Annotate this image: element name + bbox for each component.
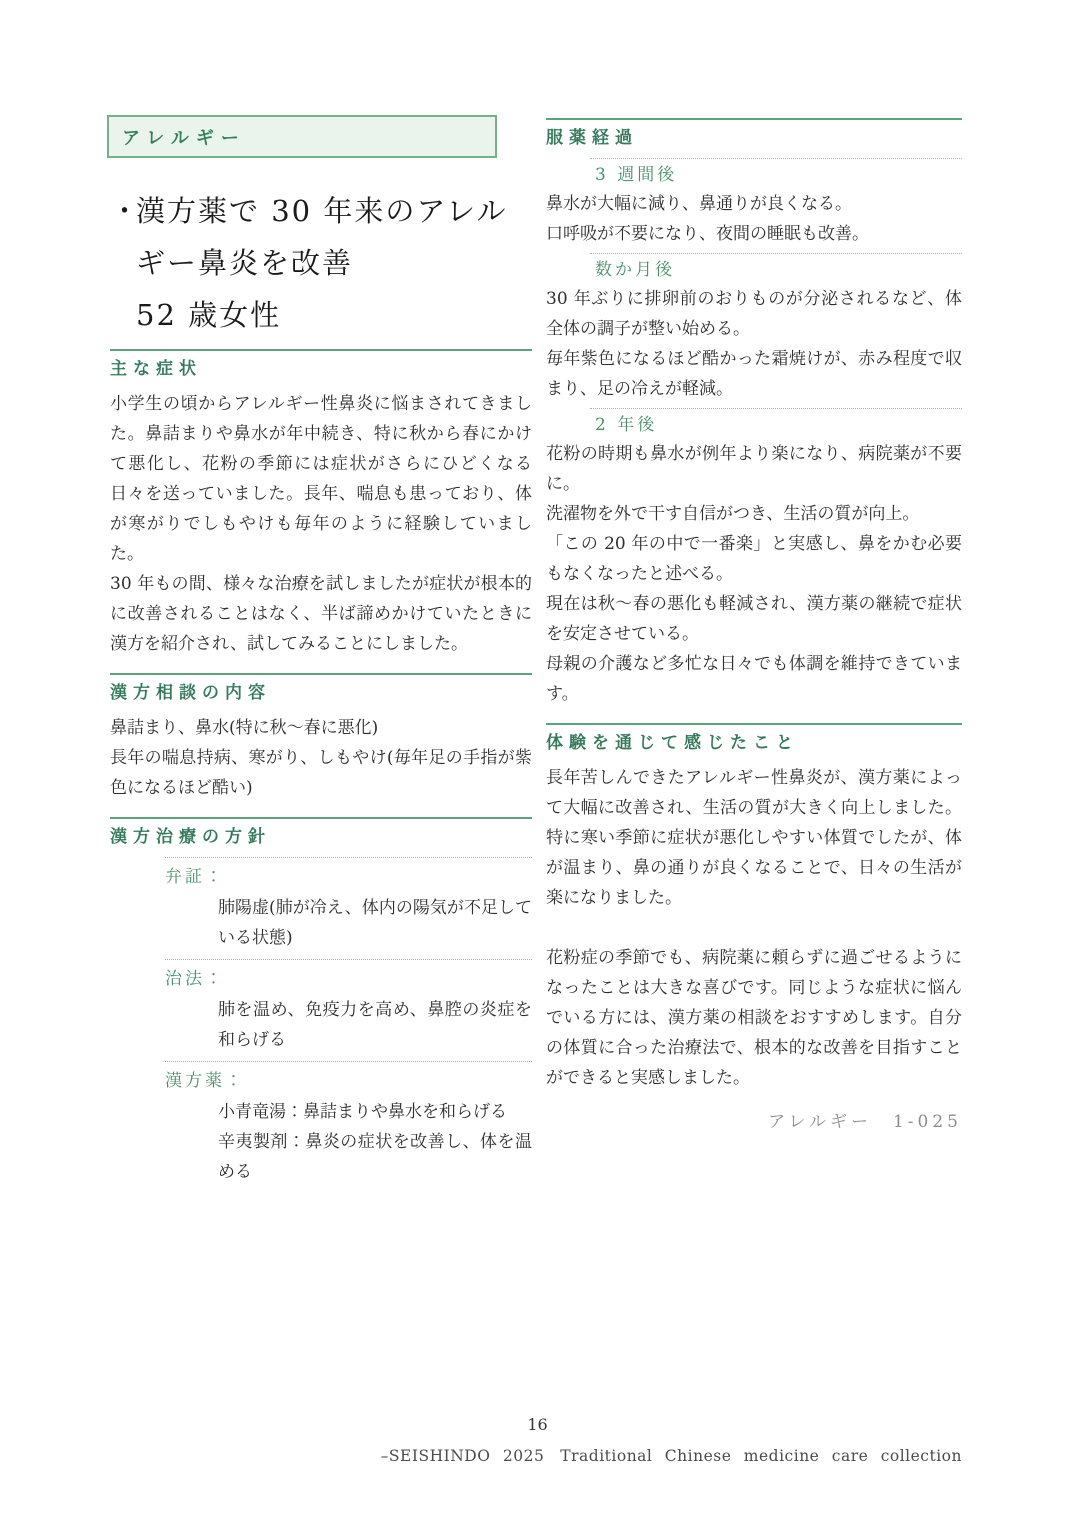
timeline-entry-line: 現在は秋〜春の悪化も軽減され、漢方薬の継続で症状を安定させている。 xyxy=(546,589,962,649)
case-title: ・ 漢方薬で 30 年来のアレルギー鼻炎を改善52 歳女性 xyxy=(110,185,532,341)
left-sections: 主な症状小学生の頃からアレルギー性鼻炎に悩まされてきました。鼻詰まりや鼻水が年中… xyxy=(110,349,532,1187)
timeline-entry-line: 「この 20 年の中で一番楽」と実感し、鼻をかむ必要もなくなったと述べる。 xyxy=(546,529,962,589)
subsection-line: 辛夷製剤：鼻炎の症状を改善し、体を温める xyxy=(218,1127,532,1187)
paragraph: 長年の喘息持病、寒がり、しもやけ(毎年足の手指が紫色になるほど酷い) xyxy=(110,743,532,803)
paragraph: 長年苦しんできたアレルギー性鼻炎が、漢方薬によって大幅に改善され、生活の質が大き… xyxy=(546,763,962,913)
section-heading: 服薬経過 xyxy=(546,127,962,149)
section-heading: 漢方治療の方針 xyxy=(110,826,532,848)
subsection-line: 肺陽虚(肺が冷え、体内の陽気が不足している状態) xyxy=(218,893,532,953)
category-label: アレルギー xyxy=(122,124,246,150)
section-heading: 主な症状 xyxy=(110,358,532,380)
subsection: 漢方薬：小青竜湯：鼻詰まりや鼻水を和らげる辛夷製剤：鼻炎の症状を改善し、体を温め… xyxy=(165,1061,532,1187)
right-sections: 服薬経過3 週間後鼻水が大幅に減り、鼻通りが良くなる。口呼吸が不要になり、夜間の… xyxy=(546,118,962,1093)
timeline-entry-head: 3 週間後 xyxy=(590,158,962,189)
case-id-tag: アレルギー 1-025 xyxy=(546,1107,962,1132)
left-column: アレルギー ・ 漢方薬で 30 年来のアレルギー鼻炎を改善52 歳女性 主な症状… xyxy=(110,115,532,1201)
subsection-line: 肺を温め、免疫力を高め、鼻腔の炎症を和らげる xyxy=(218,995,532,1055)
timeline-entry-line: 鼻水が大幅に減り、鼻通りが良くなる。 xyxy=(546,189,962,219)
timeline-entry-label: 3 週間後 xyxy=(595,164,962,186)
subsection-label: 治法： xyxy=(165,967,532,991)
title-bullet: ・ xyxy=(110,185,136,341)
section-heading: 漢方相談の内容 xyxy=(110,682,532,704)
timeline-entry-head: 2 年後 xyxy=(590,408,962,439)
subsection-label: 漢方薬： xyxy=(165,1069,532,1093)
paragraph: 鼻詰まり、鼻水(特に秋〜春に悪化) xyxy=(110,713,532,743)
section-heading: 体験を通じて感じたこと xyxy=(546,732,962,754)
subsection-content: 小青竜湯：鼻詰まりや鼻水を和らげる辛夷製剤：鼻炎の症状を改善し、体を温める xyxy=(218,1097,532,1187)
subsection: 弁証：肺陽虚(肺が冷え、体内の陽気が不足している状態) xyxy=(165,857,532,953)
category-box: アレルギー xyxy=(107,115,497,158)
subsection-line: 小青竜湯：鼻詰まりや鼻水を和らげる xyxy=(218,1097,532,1127)
paragraph: 花粉症の季節でも、病院薬に頼らずに過ごせるようになったことは大きな喜びです。同じ… xyxy=(546,943,962,1093)
section: 漢方治療の方針弁証：肺陽虚(肺が冷え、体内の陽気が不足している状態)治法：肺を温… xyxy=(110,817,532,1187)
subsection-content: 肺を温め、免疫力を高め、鼻腔の炎症を和らげる xyxy=(218,995,532,1055)
subsection-content: 肺陽虚(肺が冷え、体内の陽気が不足している状態) xyxy=(218,893,532,953)
section: 体験を通じて感じたこと長年苦しんできたアレルギー性鼻炎が、漢方薬によって大幅に改… xyxy=(546,723,962,1093)
case-title-line: 漢方薬で 30 年来のアレルギー鼻炎を改善 xyxy=(136,185,511,289)
section: 服薬経過3 週間後鼻水が大幅に減り、鼻通りが良くなる。口呼吸が不要になり、夜間の… xyxy=(546,118,962,709)
timeline-entry-label: 数か月後 xyxy=(595,259,962,281)
document-page: アレルギー ・ 漢方薬で 30 年来のアレルギー鼻炎を改善52 歳女性 主な症状… xyxy=(0,0,1075,1518)
right-column: 服薬経過3 週間後鼻水が大幅に減り、鼻通りが良くなる。口呼吸が不要になり、夜間の… xyxy=(546,118,962,1132)
section: 漢方相談の内容鼻詰まり、鼻水(特に秋〜春に悪化)長年の喘息持病、寒がり、しもやけ… xyxy=(110,673,532,803)
timeline-entry-line: 母親の介護など多忙な日々でも体調を維持できています。 xyxy=(546,649,962,709)
timeline-entry-line: 洗濯物を外で干す自信がつき、生活の質が向上。 xyxy=(546,499,962,529)
timeline-entry-line: 花粉の時期も鼻水が例年より楽になり、病院薬が不要に。 xyxy=(546,439,962,499)
subsection-label: 弁証： xyxy=(165,865,532,889)
timeline-entry-line: 毎年紫色になるほど酷かった霜焼けが、赤み程度で収まり、足の冷えが軽減。 xyxy=(546,344,962,404)
subsection: 治法：肺を温め、免疫力を高め、鼻腔の炎症を和らげる xyxy=(165,959,532,1055)
case-title-text: 漢方薬で 30 年来のアレルギー鼻炎を改善52 歳女性 xyxy=(136,185,511,341)
timeline-entry-line: 口呼吸が不要になり、夜間の睡眠も改善。 xyxy=(546,219,962,249)
footer-credit: –SEISHINDO 2025 Traditional Chinese medi… xyxy=(381,1444,962,1466)
paragraph: 30 年もの間、様々な治療を試しましたが症状が根本的に改善されることはなく、半ば… xyxy=(110,569,532,659)
timeline-entry-head: 数か月後 xyxy=(590,253,962,284)
section: 主な症状小学生の頃からアレルギー性鼻炎に悩まされてきました。鼻詰まりや鼻水が年中… xyxy=(110,349,532,659)
page-number: 16 xyxy=(0,1415,1075,1434)
paragraph: 小学生の頃からアレルギー性鼻炎に悩まされてきました。鼻詰まりや鼻水が年中続き、特… xyxy=(110,389,532,569)
timeline-entry-label: 2 年後 xyxy=(595,414,962,436)
case-title-line: 52 歳女性 xyxy=(136,289,511,341)
timeline-entry-line: 30 年ぶりに排卵前のおりものが分泌されるなど、体全体の調子が整い始める。 xyxy=(546,284,962,344)
